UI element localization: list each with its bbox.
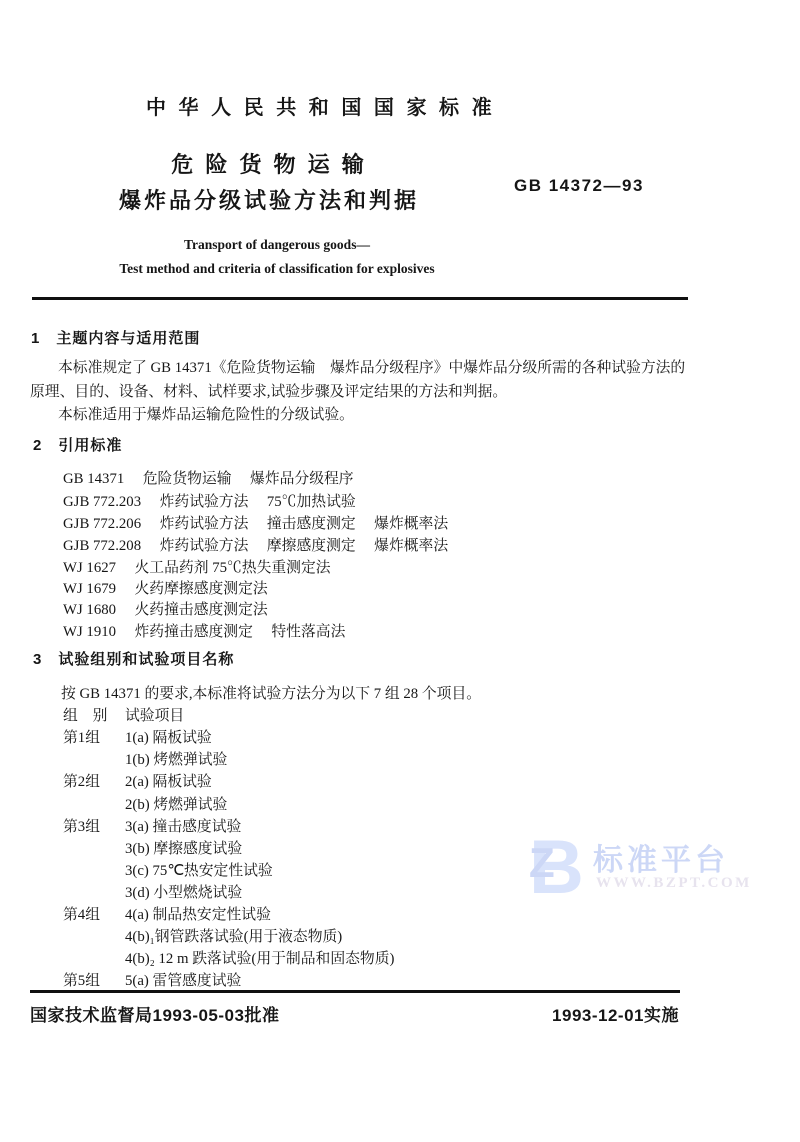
test-item: 3(b) 摩擦感度试验 xyxy=(125,837,242,858)
svg-text:Z: Z xyxy=(529,839,555,886)
test-item: 5(a) 雷管感度试验 xyxy=(125,969,241,990)
footer-divider xyxy=(30,990,680,993)
title-cn-line1: 危 险 货 物 运 输 xyxy=(171,152,367,177)
title-cn-line2: 爆炸品分级试验方法和判据 xyxy=(119,188,419,213)
title-en-line2: Test method and criteria of classificati… xyxy=(77,257,477,281)
column-header-item: 试验项目 xyxy=(125,704,184,725)
test-item: 3(a) 撞击感度试验 xyxy=(125,815,241,836)
test-item: 2(a) 隔板试验 xyxy=(125,770,212,791)
section1-line1: 本标准规定了 GB 14371《危险货物运输 爆炸品分级程序》中爆炸品分级所需的… xyxy=(58,356,685,377)
implementation-date: 1993-12-01实施 xyxy=(552,1001,679,1026)
watermark-name: 标准平台 xyxy=(593,835,729,879)
test-item: 4(b)₁钢管跌落试验(用于液态物质) xyxy=(125,925,342,946)
document-title-cn: 危 险 货 物 运 输 爆炸品分级试验方法和判据 xyxy=(69,147,469,219)
reference-item: GB 14371 危险货物运输 爆炸品分级程序 xyxy=(63,467,354,488)
reference-item: WJ 1679 火药摩擦感度测定法 xyxy=(63,577,268,598)
reference-item: GJB 772.206 炸药试验方法 撞击感度测定 爆炸概率法 xyxy=(63,512,448,533)
bzpt-logo-icon: B Z xyxy=(521,831,587,901)
group-label: 第3组 xyxy=(63,815,100,836)
group-label: 第5组 xyxy=(63,969,100,990)
test-item: 4(b)₂ 12 m 跌落试验(用于制品和固态物质) xyxy=(125,947,394,968)
reference-item: GJB 772.203 炸药试验方法 75℃加热试验 xyxy=(63,490,356,511)
bzpt-watermark: B Z 标准平台 WWW.BZPT.COM xyxy=(521,831,761,911)
national-standard-label: 中 华 人 民 共 和 国 国 家 标 准 xyxy=(146,91,495,120)
header-divider xyxy=(32,297,688,300)
approval-note: 国家技术监督局1993-05-03批准 xyxy=(30,1001,279,1026)
document-title-en: Transport of dangerous goods—Test method… xyxy=(77,233,477,281)
section1-line2: 原理、目的、设备、材料、试样要求,试验步骤及评定结果的方法和判据。 xyxy=(30,380,507,401)
reference-item: WJ 1627 火工品药剂 75℃热失重测定法 xyxy=(63,556,331,577)
group-label: 第4组 xyxy=(63,903,100,924)
test-item: 1(b) 烤燃弹试验 xyxy=(125,748,227,769)
reference-item: GJB 772.208 炸药试验方法 摩擦感度测定 爆炸概率法 xyxy=(63,534,448,555)
standard-document-page: 中 华 人 民 共 和 国 国 家 标 准 危 险 货 物 运 输 爆炸品分级试… xyxy=(0,0,800,1142)
section1-line3: 本标准适用于爆炸品运输危险性的分级试验。 xyxy=(58,403,354,424)
test-item: 3(c) 75℃热安定性试验 xyxy=(125,859,273,880)
test-item: 3(d) 小型燃烧试验 xyxy=(125,881,242,902)
reference-item: WJ 1680 火药撞击感度测定法 xyxy=(63,598,268,619)
section2-heading: 2 引用标准 xyxy=(33,434,122,455)
test-item: 2(b) 烤燃弹试验 xyxy=(125,793,227,814)
standard-number: GB 14372—93 xyxy=(514,176,644,196)
section3-heading: 3 试验组别和试验项目名称 xyxy=(33,648,234,669)
test-item: 1(a) 隔板试验 xyxy=(125,726,212,747)
title-en-line1: Transport of dangerous goods— xyxy=(77,233,477,257)
section3-intro: 按 GB 14371 的要求,本标准将试验方法分为以下 7 组 28 个项目。 xyxy=(61,682,481,703)
group-label: 第2组 xyxy=(63,770,100,791)
column-header-group: 组 别 xyxy=(63,704,107,725)
reference-item: WJ 1910 炸药撞击感度测定 特性落高法 xyxy=(63,620,345,641)
section1-heading: 1 主题内容与适用范围 xyxy=(31,327,200,348)
watermark-url: WWW.BZPT.COM xyxy=(596,875,752,892)
test-item: 4(a) 制品热安定性试验 xyxy=(125,903,271,924)
group-label: 第1组 xyxy=(63,726,100,747)
